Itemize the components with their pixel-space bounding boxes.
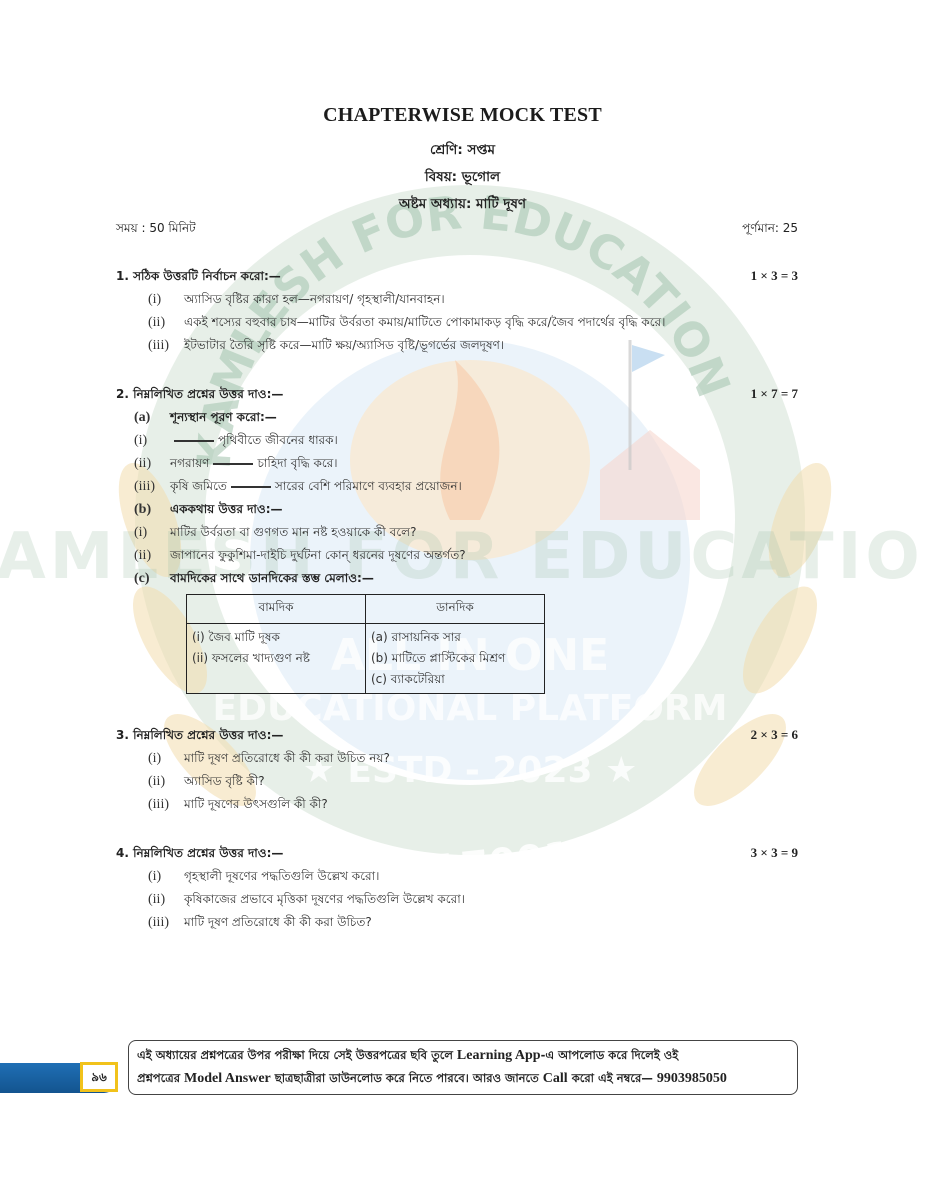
list-item: (i)গৃহস্থালী দূষণের পদ্ধতিগুলি উল্লেখ কর… [116, 865, 798, 888]
question-heading: 4. নিম্নলিখিত প্রশ্নের উত্তর দাও:— 3 × 3… [116, 841, 798, 865]
table-cell: (ii) ফসলের খাদ্যগুণ নষ্ট [192, 648, 360, 669]
footer-notice: এই অধ্যায়ের প্রশ্নপত্রের উপর পরীক্ষা দি… [128, 1040, 798, 1095]
table-cell: (c) ব্যাকটেরিয়া [371, 669, 539, 690]
blank-line [213, 452, 253, 465]
list-item: (iii)মাটি দূষণের উৎসগুলি কী কী? [116, 793, 798, 816]
list-item: (ii)কৃষিকাজের প্রভাবে মৃত্তিকা দূষণের পদ… [116, 888, 798, 911]
list-item: (iii)ইটভাটার তৈরি সৃষ্টি করে—মাটি ক্ষয়/… [116, 334, 798, 357]
list-item: (i)মাটি দূষণ প্রতিরোধে কী কী করা উচিত নয… [116, 747, 798, 770]
table-cell: (b) মাটিতে প্লাস্টিকের মিশ্রণ [371, 648, 539, 669]
fill-blank-item: (iii)কৃষি জমিতেসারের বেশি পরিমাণে ব্যবহা… [116, 475, 798, 498]
list-item: (ii)একই শস্যের বহুবার চাষ—মাটির উর্বরতা … [116, 311, 798, 334]
left-column-header: বামদিক [187, 595, 366, 624]
question-4: 4. নিম্নলিখিত প্রশ্নের উত্তর দাও:— 3 × 3… [116, 841, 798, 934]
subject-line: বিষয়: ভূগোল [0, 166, 925, 189]
sub-heading-c: (c)বামদিকের সাথে ডানদিকের স্তম্ভ মেলাও:— [116, 567, 798, 590]
marks-label: 1 × 3 = 3 [751, 264, 798, 288]
list-item: (iii)মাটি দূষণ প্রতিরোধে কী কী করা উচিত? [116, 911, 798, 934]
meta-row: সময় : 50 মিনিট পূর্ণমান: 25 [116, 220, 798, 240]
class-line: শ্রেণি: সপ্তম [0, 139, 925, 162]
list-item: (i)অ্যাসিড বৃষ্টির কারণ হল—নগরায়ণ/ গৃহস… [116, 288, 798, 311]
question-heading: 1. সঠিক উত্তরটি নির্বাচন করো:— 1 × 3 = 3 [116, 264, 798, 288]
page-title: CHAPTERWISE MOCK TEST [0, 104, 925, 127]
page-number: ৯৬ [80, 1062, 118, 1092]
question-heading: 2. নিম্নলিখিত প্রশ্নের উত্তর দাও:— 1 × 7… [116, 382, 798, 406]
list-item: (ii)জাপানের ফুকুশিমা-দাইচি দুর্ঘটনা কোন্… [116, 544, 798, 567]
list-item: (i)মাটির উর্বরতা বা গুণগত মান নষ্ট হওয়া… [116, 521, 798, 544]
marks-label: 2 × 3 = 6 [751, 723, 798, 747]
sub-heading-a: (a)শূন্যস্থান পূরণ করো:— [116, 406, 798, 429]
question-heading: 3. নিম্নলিখিত প্রশ্নের উত্তর দাও:— 2 × 3… [116, 723, 798, 747]
time-label: সময় : 50 মিনিট [116, 220, 196, 240]
question-3: 3. নিম্নলিখিত প্রশ্নের উত্তর দাও:— 2 × 3… [116, 723, 798, 816]
left-column: (i) জৈব মাটি দূষক (ii) ফসলের খাদ্যগুণ নষ… [187, 624, 366, 694]
table-cell: (a) রাসায়নিক সার [371, 627, 539, 648]
footer-line-1: এই অধ্যায়ের প্রশ্নপত্রের উপর পরীক্ষা দি… [137, 1044, 789, 1067]
marks-label: 1 × 7 = 7 [751, 382, 798, 406]
chapter-line: অষ্টম অধ্যায়: মাটি দূষণ [0, 193, 925, 216]
match-table: বামদিক ডানদিক (i) জৈব মাটি দূষক (ii) ফসল… [186, 594, 545, 694]
sub-heading-b: (b)এককথায় উত্তর দাও:— [116, 498, 798, 521]
fill-blank-item: (i)পৃথিবীতে জীবনের ধারক। [116, 429, 798, 452]
exam-page: CHAPTERWISE MOCK TEST শ্রেণি: সপ্তম বিষয… [0, 0, 925, 1200]
full-marks-label: পূর্ণমান: 25 [742, 220, 798, 240]
right-column-header: ডানদিক [366, 595, 545, 624]
question-2: 2. নিম্নলিখিত প্রশ্নের উত্তর দাও:— 1 × 7… [116, 382, 798, 694]
right-column: (a) রাসায়নিক সার (b) মাটিতে প্লাস্টিকের… [366, 624, 545, 694]
blank-line [174, 429, 214, 442]
phone-number: 9903985050 [657, 1071, 727, 1086]
marks-label: 3 × 3 = 9 [751, 841, 798, 865]
table-cell: (i) জৈব মাটি দূষক [192, 627, 360, 648]
list-item: (ii)অ্যাসিড বৃষ্টি কী? [116, 770, 798, 793]
question-1: 1. সঠিক উত্তরটি নির্বাচন করো:— 1 × 3 = 3… [116, 264, 798, 357]
blank-line [231, 475, 271, 488]
fill-blank-item: (ii)নগরায়ণচাহিদা বৃদ্ধি করে। [116, 452, 798, 475]
footer-line-2: প্রশ্নপত্রের Model Answer ছাত্রছাত্রীরা … [137, 1067, 789, 1090]
